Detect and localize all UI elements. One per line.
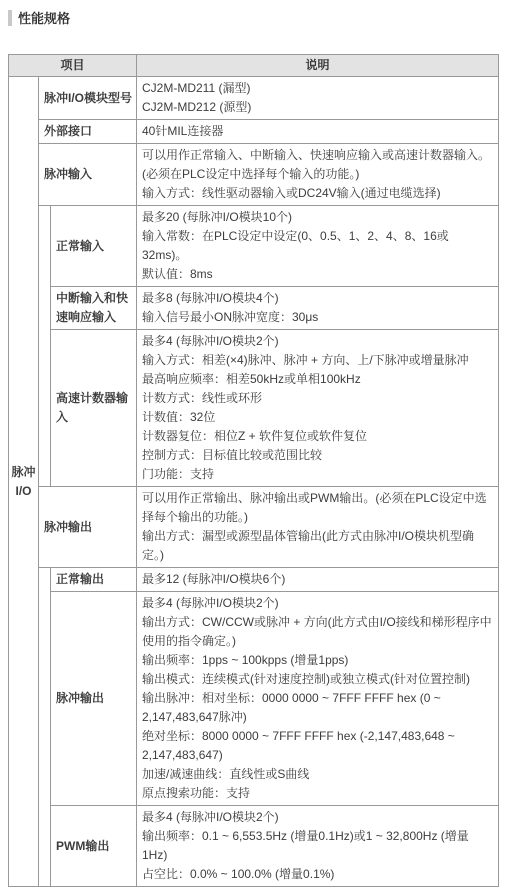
row-label: 正常输入 [51,206,137,287]
row-description: 可以用作正常输出、脉冲输出或PWM输出。(必须在PLC设定中选择每个输出的功能。… [137,487,499,568]
table-row: 正常输入 最多20 (每脉冲I/O模块10个) 输入常数：在PLC设定中设定(0… [9,206,499,287]
row-description: 最多4 (每脉冲I/O模块2个) 输出方式：CW/CCW或脉冲 + 方向(此方式… [137,592,499,806]
row-description: 最多12 (每脉冲I/O模块6个) [137,568,499,592]
row-description: 最多20 (每脉冲I/O模块10个) 输入常数：在PLC设定中设定(0、0.5、… [137,206,499,287]
row-description: 40针MIL连接器 [137,120,499,144]
table-row: PWM输出 最多4 (每脉冲I/O模块2个) 输出频率：0.1 ~ 6,553.… [9,806,499,887]
table-row: 脉冲输出 最多4 (每脉冲I/O模块2个) 输出方式：CW/CCW或脉冲 + 方… [9,592,499,806]
heading-accent-bar [8,10,12,26]
table-row: 脉冲输出 可以用作正常输出、脉冲输出或PWM输出。(必须在PLC设定中选择每个输… [9,487,499,568]
row-label: 正常输出 [51,568,137,592]
table-row: 脉冲I/O 脉冲I/O模块型号 CJ2M-MD211 (漏型) CJ2M-MD2… [9,77,499,120]
table-row: 高速计数器输入 最多4 (每脉冲I/O模块2个) 输入方式：相差(×4)脉冲、脉… [9,330,499,487]
indent-spacer-cell [39,568,51,887]
row-label: 高速计数器输入 [51,330,137,487]
group-label-pulse-io: 脉冲I/O [9,77,39,887]
row-description: CJ2M-MD211 (漏型) CJ2M-MD212 (源型) [137,77,499,120]
indent-spacer-cell [39,206,51,487]
row-description: 最多4 (每脉冲I/O模块2个) 输出频率：0.1 ~ 6,553.5Hz (增… [137,806,499,887]
table-header-row: 项目 说明 [9,55,499,77]
column-header-description: 说明 [137,55,499,77]
table-row: 脉冲输入 可以用作正常输入、中断输入、快速响应输入或高速计数器输入。(必须在PL… [9,144,499,206]
column-header-item: 项目 [9,55,137,77]
row-label: 脉冲输出 [51,592,137,806]
table-row: 正常输出 最多12 (每脉冲I/O模块6个) [9,568,499,592]
row-description: 最多8 (每脉冲I/O模块4个) 输入信号最小ON脉冲宽度：30μs [137,287,499,330]
row-label: 外部接口 [39,120,137,144]
spec-table: 项目 说明 脉冲I/O 脉冲I/O模块型号 CJ2M-MD211 (漏型) CJ… [8,54,499,887]
row-label: 脉冲输入 [39,144,137,206]
row-label: 脉冲I/O模块型号 [39,77,137,120]
row-description: 可以用作正常输入、中断输入、快速响应输入或高速计数器输入。(必须在PLC设定中选… [137,144,499,206]
section-heading: 性能规格 [8,8,500,27]
table-row: 中断输入和快速响应输入 最多8 (每脉冲I/O模块4个) 输入信号最小ON脉冲宽… [9,287,499,330]
row-label: PWM输出 [51,806,137,887]
spec-page: 性能规格 项目 说明 脉冲I/O 脉冲I/O模块型号 CJ2M-MD211 (漏… [0,0,508,893]
table-row: 外部接口 40针MIL连接器 [9,120,499,144]
page-title: 性能规格 [18,8,70,27]
row-description: 最多4 (每脉冲I/O模块2个) 输入方式：相差(×4)脉冲、脉冲 + 方向、上… [137,330,499,487]
row-label: 脉冲输出 [39,487,137,568]
row-label: 中断输入和快速响应输入 [51,287,137,330]
